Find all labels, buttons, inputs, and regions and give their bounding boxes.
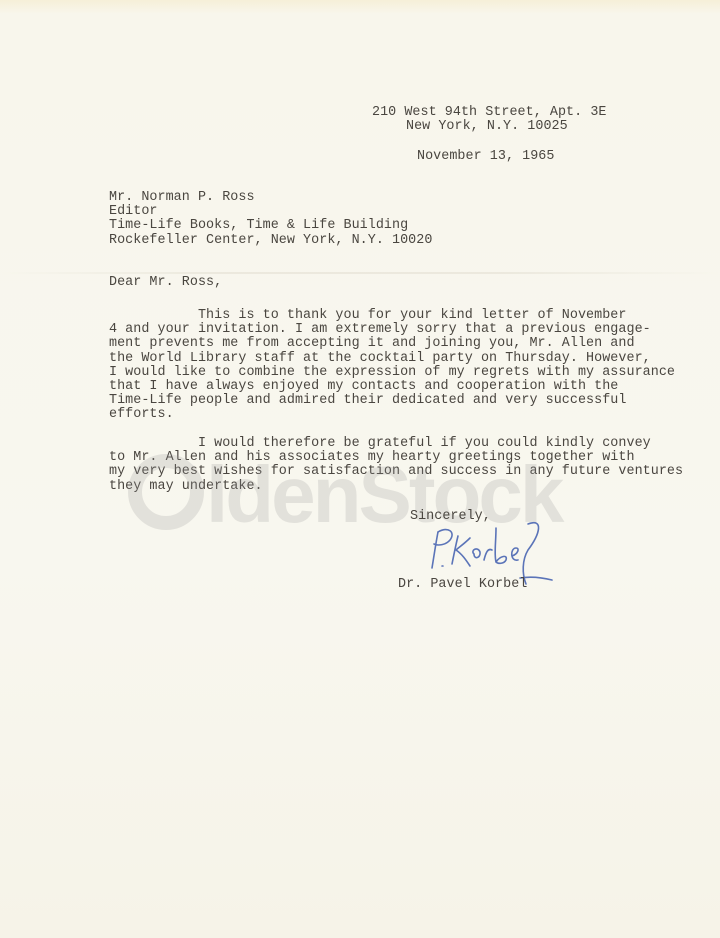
paragraph-line: the World Library staff at the cocktail … (109, 352, 675, 366)
paragraph-line: to Mr. Allen and his associates my heart… (109, 451, 683, 465)
paper-fold-crease (0, 272, 720, 274)
recipient-address: Rockefeller Center, New York, N.Y. 10020 (109, 234, 432, 248)
recipient-name: Mr. Norman P. Ross (109, 191, 432, 205)
recipient-title: Editor (109, 205, 432, 219)
salutation: Dear Mr. Ross, (109, 276, 222, 290)
paragraph-line: This is to thank you for your kind lette… (109, 309, 675, 323)
signer-name: Dr. Pavel Korbel (398, 578, 527, 592)
paragraph-line: they may undertake. (109, 480, 683, 494)
sender-address: 210 West 94th Street, Apt. 3ENew York, N… (372, 106, 607, 134)
paragraph-line: I would therefore be grateful if you cou… (109, 437, 683, 451)
paragraph-line: Time-Life people and admired their dedic… (109, 394, 675, 408)
body-paragraph-1: This is to thank you for your kind lette… (109, 309, 675, 423)
recipient-organization: Time-Life Books, Time & Life Building (109, 219, 432, 233)
letter-paper: 210 West 94th Street, Apt. 3ENew York, N… (0, 0, 720, 938)
body-paragraph-2: I would therefore be grateful if you cou… (109, 437, 683, 494)
paragraph-line: that I have always enjoyed my contacts a… (109, 380, 675, 394)
recipient-block: Mr. Norman P. RossEditorTime-Life Books,… (109, 191, 432, 248)
paragraph-line: efforts. (109, 408, 675, 422)
sender-address-line2: New York, N.Y. 10025 (372, 120, 607, 134)
paragraph-line: my very best wishes for satisfaction and… (109, 465, 683, 479)
paragraph-line: I would like to combine the expression o… (109, 366, 675, 380)
paragraph-line: ment prevents me from accepting it and j… (109, 337, 675, 351)
paragraph-line: 4 and your invitation. I am extremely so… (109, 323, 675, 337)
letter-date: November 13, 1965 (417, 150, 554, 164)
sender-address-line1: 210 West 94th Street, Apt. 3E (372, 106, 607, 120)
